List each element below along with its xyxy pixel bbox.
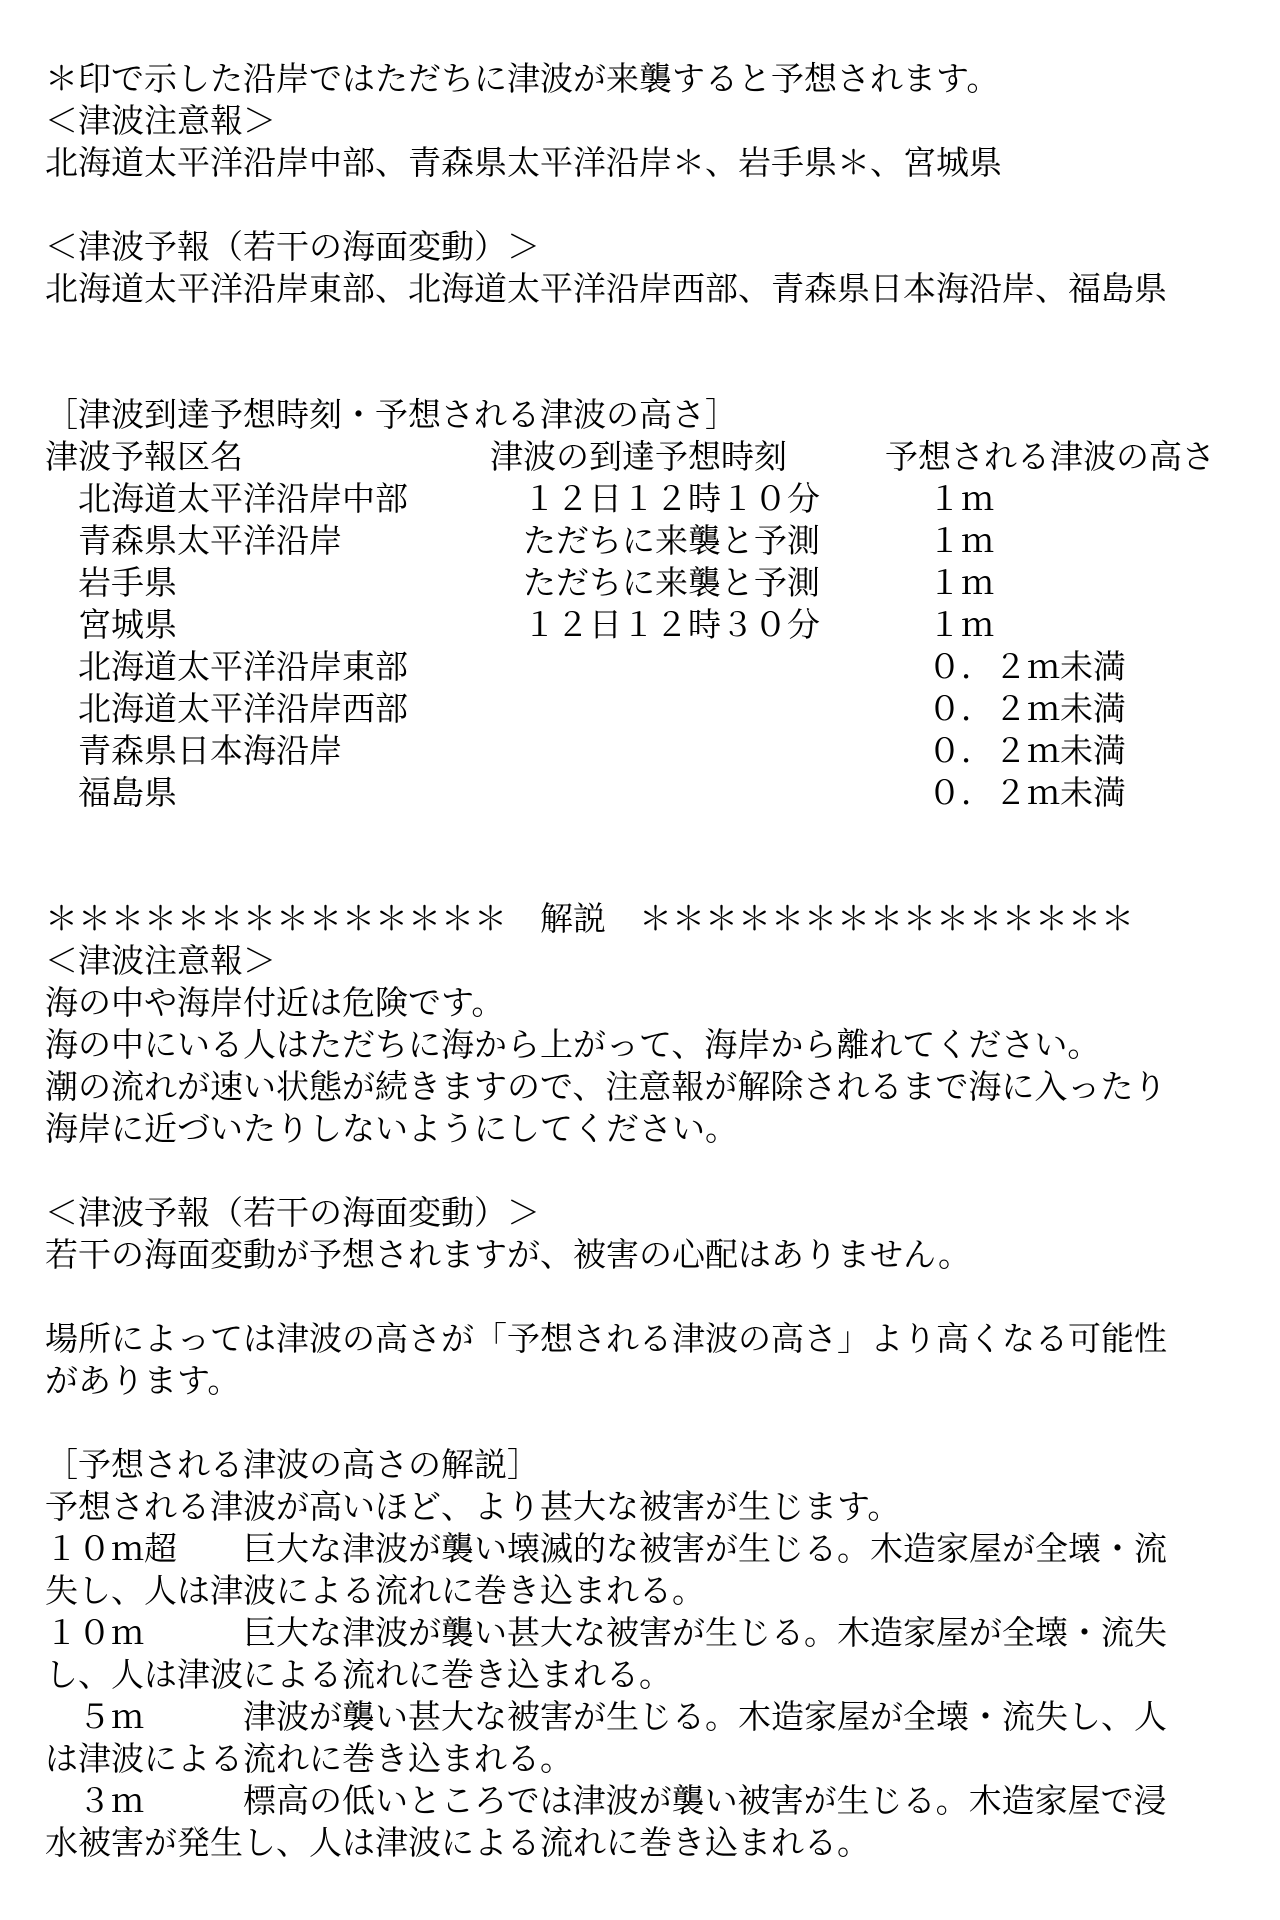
height-guide-5m: は津波による流れに巻き込まれる。 xyxy=(45,1738,1280,1780)
cell-wave-height: １ｍ xyxy=(928,520,994,562)
table-title: ［津波到達予想時刻・予想される津波の高さ］ xyxy=(45,394,1280,436)
table-row: 青森県日本海沿岸 ０．２ｍ未満 xyxy=(45,730,1280,772)
height-guide-10m: し、人は津波による流れに巻き込まれる。 xyxy=(45,1654,1280,1696)
table-header-row: 津波予報区名 津波の到達予想時刻 予想される津波の高さ xyxy=(45,436,1280,478)
commentary-advisory-text: 海の中や海岸付近は危険です。 xyxy=(45,982,1280,1024)
blank-line xyxy=(45,856,1280,898)
advisory-heading: ＜津波注意報＞ xyxy=(45,100,1280,142)
column-header-region: 津波予報区名 xyxy=(45,436,243,478)
column-header-height: 予想される津波の高さ xyxy=(885,436,1215,478)
cell-arrival-time: ただちに来襲と予測 xyxy=(523,520,820,562)
cell-region: 福島県 xyxy=(78,772,177,814)
table-row: 青森県太平洋沿岸 ただちに来襲と予測 １ｍ xyxy=(45,520,1280,562)
commentary-advisory-text: 潮の流れが速い状態が続きますので、注意報が解除されるまで海に入ったり xyxy=(45,1066,1280,1108)
blank-line xyxy=(45,184,1280,226)
tsunami-bulletin-document: ＊印で示した沿岸ではただちに津波が来襲すると予想されます。 ＜津波注意報＞ 北海… xyxy=(0,0,1280,1920)
advisory-regions: 北海道太平洋沿岸中部、青森県太平洋沿岸＊、岩手県＊、宮城県 xyxy=(45,142,1280,184)
cell-wave-height: ０．２ｍ未満 xyxy=(928,688,1126,730)
height-guide-10m-over: １０ｍ超 巨大な津波が襲い壊滅的な被害が生じる。木造家屋が全壊・流 xyxy=(45,1528,1280,1570)
table-row: 福島県 ０．２ｍ未満 xyxy=(45,772,1280,814)
commentary-advisory-heading: ＜津波注意報＞ xyxy=(45,940,1280,982)
cell-wave-height: １ｍ xyxy=(928,478,994,520)
blank-line xyxy=(45,814,1280,856)
blank-line xyxy=(45,1150,1280,1192)
cell-region: 岩手県 xyxy=(78,562,177,604)
commentary-advisory-text: 海岸に近づいたりしないようにしてください。 xyxy=(45,1108,1280,1150)
height-guide-10m: １０ｍ 巨大な津波が襲い甚大な被害が生じる。木造家屋が全壊・流失 xyxy=(45,1612,1280,1654)
table-row: 北海道太平洋沿岸西部 ０．２ｍ未満 xyxy=(45,688,1280,730)
height-guide-5m: ５ｍ 津波が襲い甚大な被害が生じる。木造家屋が全壊・流失し、人 xyxy=(45,1696,1280,1738)
height-guide-10m-over: 失し、人は津波による流れに巻き込まれる。 xyxy=(45,1570,1280,1612)
cell-wave-height: １ｍ xyxy=(928,604,994,646)
commentary-separator: ＊＊＊＊＊＊＊＊＊＊＊＊＊＊ 解説 ＊＊＊＊＊＊＊＊＊＊＊＊＊＊＊ xyxy=(45,898,1280,940)
height-guide-intro: 予想される津波が高いほど、より甚大な被害が生じます。 xyxy=(45,1486,1280,1528)
immediate-arrival-note: ＊印で示した沿岸ではただちに津波が来襲すると予想されます。 xyxy=(45,58,1280,100)
column-header-time: 津波の到達予想時刻 xyxy=(490,436,787,478)
height-caution-text: 場所によっては津波の高さが「予想される津波の高さ」より高くなる可能性 xyxy=(45,1318,1280,1360)
blank-line xyxy=(45,352,1280,394)
cell-region: 北海道太平洋沿岸西部 xyxy=(78,688,408,730)
blank-line xyxy=(45,1402,1280,1444)
blank-line xyxy=(45,310,1280,352)
blank-line xyxy=(45,1276,1280,1318)
commentary-advisory-text: 海の中にいる人はただちに海から上がって、海岸から離れてください。 xyxy=(45,1024,1280,1066)
cell-region: 青森県太平洋沿岸 xyxy=(78,520,342,562)
table-row: 北海道太平洋沿岸東部 ０．２ｍ未満 xyxy=(45,646,1280,688)
cell-arrival-time: １２日１２時３０分 xyxy=(523,604,820,646)
cell-arrival-time: ただちに来襲と予測 xyxy=(523,562,820,604)
cell-wave-height: ０．２ｍ未満 xyxy=(928,772,1126,814)
cell-wave-height: ０．２ｍ未満 xyxy=(928,646,1126,688)
cell-region: 青森県日本海沿岸 xyxy=(78,730,342,772)
table-row: 宮城県 １２日１２時３０分 １ｍ xyxy=(45,604,1280,646)
cell-region: 北海道太平洋沿岸中部 xyxy=(78,478,408,520)
table-row: 岩手県 ただちに来襲と予測 １ｍ xyxy=(45,562,1280,604)
cell-region: 宮城県 xyxy=(78,604,177,646)
cell-wave-height: １ｍ xyxy=(928,562,994,604)
table-row: 北海道太平洋沿岸中部 １２日１２時１０分 １ｍ xyxy=(45,478,1280,520)
cell-region: 北海道太平洋沿岸東部 xyxy=(78,646,408,688)
height-guide-title: ［予想される津波の高さの解説］ xyxy=(45,1444,1280,1486)
height-guide-3m: 水被害が発生し、人は津波による流れに巻き込まれる。 xyxy=(45,1822,1280,1864)
commentary-forecast-heading: ＜津波予報（若干の海面変動）＞ xyxy=(45,1192,1280,1234)
cell-wave-height: ０．２ｍ未満 xyxy=(928,730,1126,772)
forecast-regions: 北海道太平洋沿岸東部、北海道太平洋沿岸西部、青森県日本海沿岸、福島県 xyxy=(45,268,1280,310)
height-guide-3m: ３ｍ 標高の低いところでは津波が襲い被害が生じる。木造家屋で浸 xyxy=(45,1780,1280,1822)
commentary-forecast-text: 若干の海面変動が予想されますが、被害の心配はありません。 xyxy=(45,1234,1280,1276)
height-caution-text: があります。 xyxy=(45,1360,1280,1402)
cell-arrival-time: １２日１２時１０分 xyxy=(523,478,820,520)
forecast-heading: ＜津波予報（若干の海面変動）＞ xyxy=(45,226,1280,268)
